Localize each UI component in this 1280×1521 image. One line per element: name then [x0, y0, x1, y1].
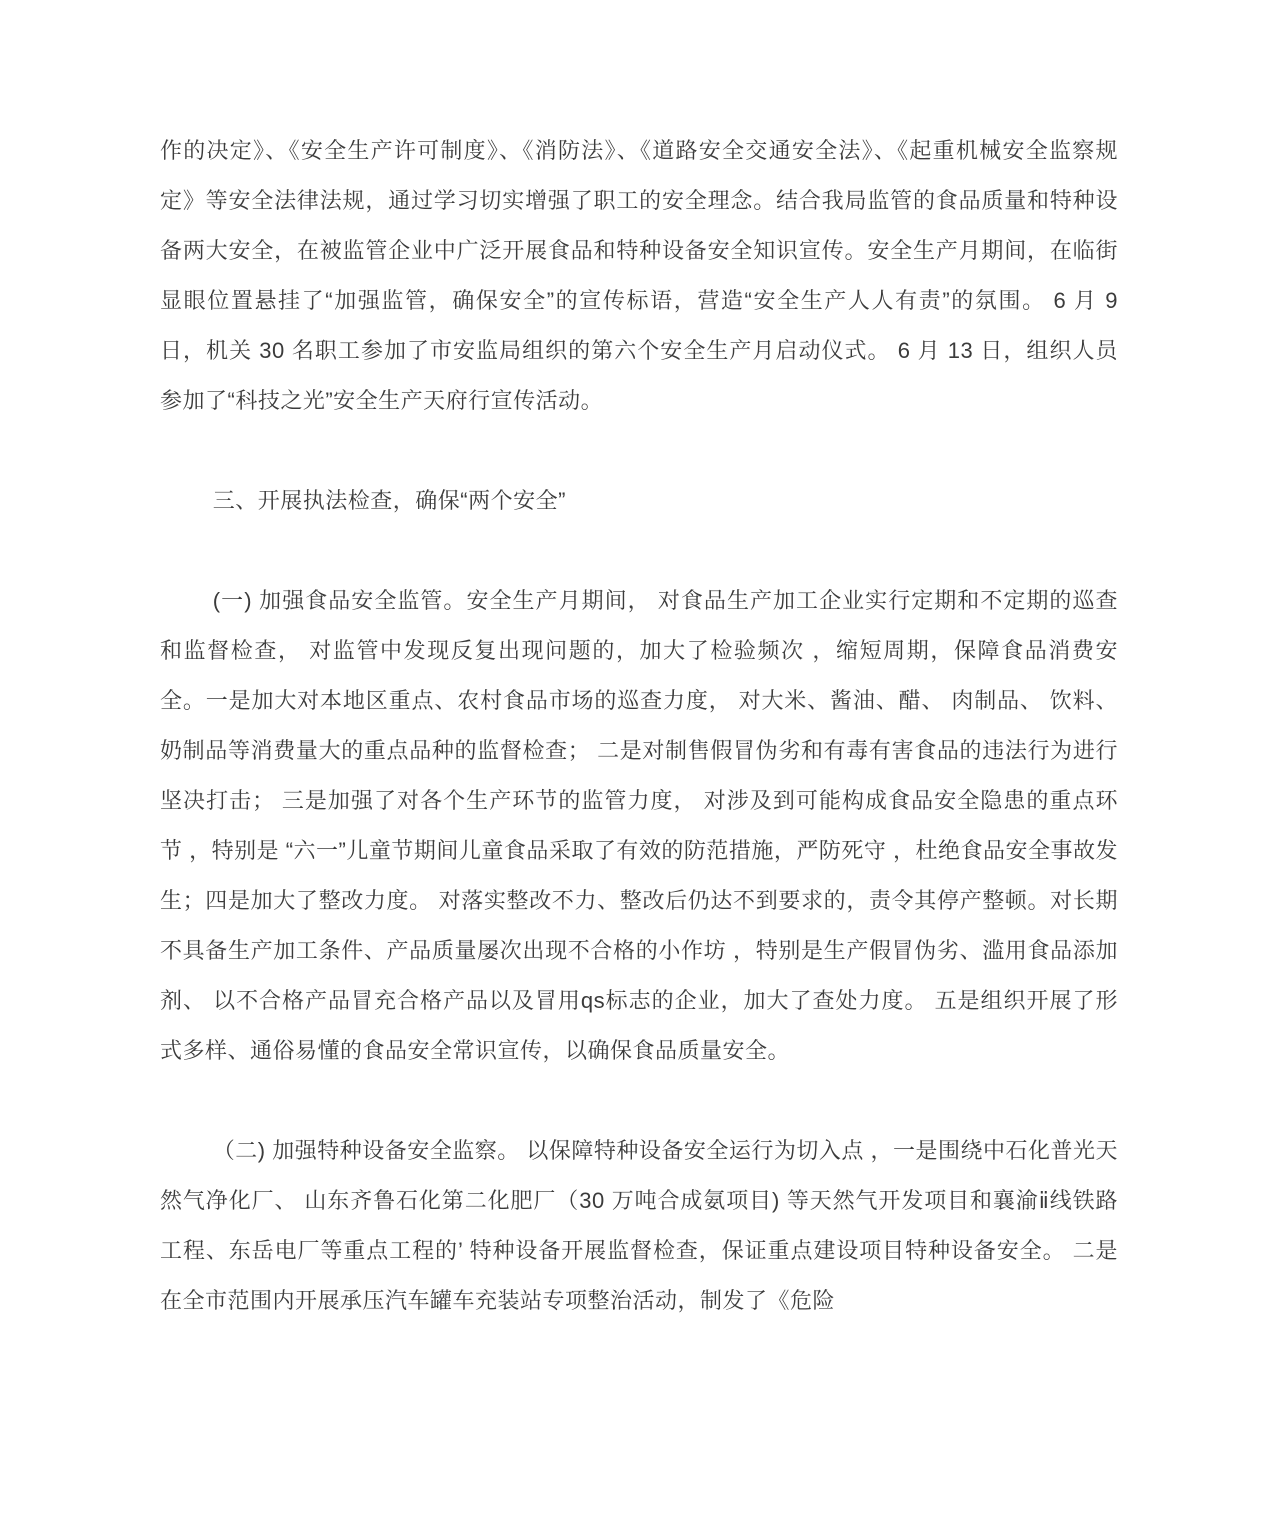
paragraph-continuation: 作的决定》、《安全生产许可制度》、《消防法》、《道路安全交通安全法》、《起重机械… [160, 126, 1118, 426]
paragraph-special-equipment: （二) 加强特种设备安全监察。 以保障特种设备安全运行为切入点 ，一是围绕中石化… [160, 1126, 1118, 1326]
document-page: 作的决定》、《安全生产许可制度》、《消防法》、《道路安全交通安全法》、《起重机械… [0, 0, 1280, 1521]
paragraph-food-safety: (一) 加强食品安全监管。安全生产月期间， 对食品生产加工企业实行定期和不定期的… [160, 576, 1118, 1076]
document-text-block: 作的决定》、《安全生产许可制度》、《消防法》、《道路安全交通安全法》、《起重机械… [160, 126, 1118, 1376]
section-heading: 三、开展执法检查，确保“两个安全” [160, 476, 1118, 526]
